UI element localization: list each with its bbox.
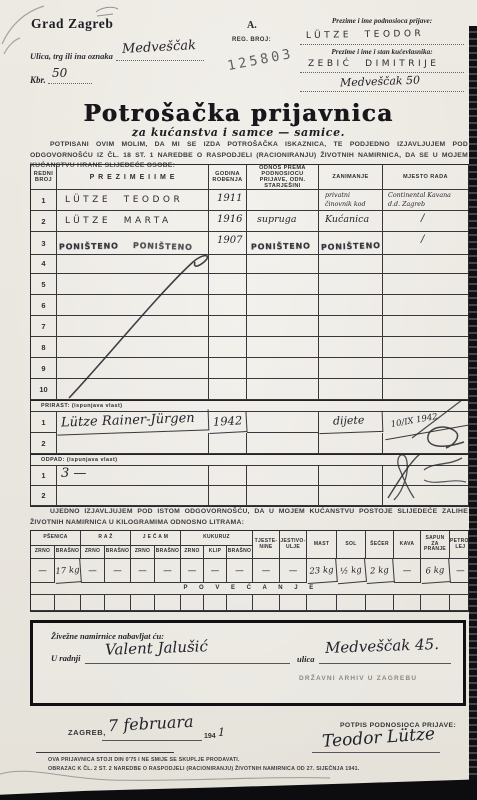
value-psenica-brasno: 17 kg	[54, 558, 82, 584]
row2-num: 2	[31, 211, 57, 232]
empty-cell	[319, 358, 383, 379]
applicant-label: Prezime i ime podnosioca prijave:	[300, 17, 464, 25]
group-raz: R A Ž	[81, 531, 131, 546]
col-header-godina: GODINA ROĐENJA	[209, 165, 247, 190]
prirast1-num: 1	[31, 412, 57, 433]
row1-occupation: privatni činovnik kod	[319, 190, 383, 211]
empty-cell	[319, 486, 383, 506]
empty-cell	[57, 337, 209, 358]
sub-klip: KLIP	[204, 546, 227, 559]
form-subtitle: za kućanstva i samce — samice.	[0, 126, 477, 139]
col-header-prezime-ime: P R E Z I M E I I M E	[57, 165, 209, 190]
odpad-row-2: 2	[31, 486, 468, 506]
member-row-9: 9	[31, 358, 468, 379]
street-value: Medveščak	[122, 38, 197, 57]
empty-cell	[155, 595, 181, 611]
supplies-grid: PŠENICA R A Ž J E Č A M KUKURUZ TJESTE- …	[31, 531, 468, 611]
value-raz-zrno: —	[81, 559, 105, 583]
reg-number-stamp: 125803	[226, 46, 295, 74]
value-kukuruz-klip: —	[204, 559, 227, 583]
sub-zrno: ZRNO	[181, 546, 204, 559]
group-psenica: PŠENICA	[31, 531, 81, 546]
empty-cell	[57, 486, 209, 506]
empty-cell	[383, 358, 468, 379]
value-kava: —	[394, 559, 421, 583]
row4-num: 4	[31, 253, 57, 274]
empty-cell	[105, 595, 131, 611]
empty-cell	[383, 433, 468, 454]
empty-cell	[383, 253, 468, 274]
reg-broj-label: REG. BROJ:	[232, 37, 271, 43]
owner-address-underline	[300, 91, 464, 92]
empty-cell	[247, 316, 319, 337]
scan-edge-bottom	[0, 776, 477, 800]
empty-cell	[247, 295, 319, 316]
date-underline	[102, 740, 202, 741]
row2-year: 1916	[209, 211, 247, 232]
empty-cell	[280, 595, 307, 611]
prirast-row-1: 1 Lütze Rainer-Jürgen 1942 dijete 10/IX …	[31, 412, 468, 433]
year-handwritten: 1	[218, 726, 225, 739]
col-header-mjesto-rada: MJESTO RADA	[383, 165, 468, 190]
value-raz-brasno: —	[105, 559, 131, 583]
owner-label: Prezime i ime i stan kućevlasnika:	[300, 48, 464, 56]
group-kukuruz: KUKURUZ	[181, 531, 253, 546]
regulation-note: OBRAZAC K ČL. 2 ST. 2 NAREDBE O RASPODJE…	[48, 766, 359, 772]
members-header-row: REDNI BROJ P R E Z I M E I I M E GODINA …	[31, 165, 468, 190]
row1-year: 1911	[209, 190, 247, 211]
owner-underline	[300, 72, 464, 73]
empty-cell	[383, 274, 468, 295]
empty-cell	[383, 486, 468, 506]
empty-cell	[209, 337, 247, 358]
empty-cell	[394, 595, 421, 611]
shop-value: Valent Jalušić	[105, 637, 208, 659]
city-name: Grad Zagreb	[31, 16, 113, 32]
signature-underline	[312, 752, 440, 753]
prirast1-name: Lütze Rainer-Jürgen	[57, 409, 210, 435]
empty-cell	[319, 316, 383, 337]
empty-cell	[209, 379, 247, 400]
col-header-zanimanje: ZANIMANJE	[319, 165, 383, 190]
section-a-label: A.	[247, 20, 257, 31]
row2-name: LÜTZE MARTA	[57, 211, 209, 232]
odpad1-num: 1	[31, 466, 57, 486]
empty-cell	[57, 253, 209, 274]
empty-cell	[57, 316, 209, 337]
scanned-form-page: Grad Zagreb Ulica, trg ili ina oznaka Me…	[0, 0, 477, 800]
empty-cell	[247, 412, 319, 433]
empty-cell	[319, 253, 383, 274]
member-row-2: 2 LÜTZE MARTA 1916 supruga Kućanica /	[31, 211, 468, 232]
col-kava: KAVA	[394, 531, 421, 559]
value-psenica-zrno: —	[31, 559, 55, 583]
col-header-redni-broj: REDNI BROJ	[31, 165, 57, 190]
kbr-underline	[48, 83, 92, 84]
value-tjestenine: —	[253, 559, 280, 583]
empty-cell	[383, 379, 468, 400]
empty-cell	[209, 295, 247, 316]
row8-num: 8	[31, 337, 57, 358]
povecanje-band: P O V E Ć A N J E	[31, 583, 472, 595]
prirast1-year: 1942	[208, 411, 247, 434]
col-sapun: SAPUN ZA PRANJE	[421, 531, 450, 559]
empty-cell	[366, 595, 394, 611]
row3-year: 1907	[209, 232, 247, 255]
empty-cell	[57, 433, 209, 454]
archive-stamp: DRŽAVNI ARHIV U ZAGREBU	[299, 675, 417, 682]
empty-cell	[31, 595, 55, 611]
shop-label: U radnji	[51, 653, 81, 663]
prirast2-num: 2	[31, 433, 57, 454]
member-row-7: 7	[31, 316, 468, 337]
empty-cell	[319, 274, 383, 295]
col-header-odnos: ODNOS PREMA PODNOSIOCU PRIJAVE, ODN. STA…	[247, 165, 319, 190]
row3-num: 3	[31, 232, 57, 255]
empty-cell	[383, 295, 468, 316]
shop-underline	[85, 663, 290, 664]
empty-cell	[247, 358, 319, 379]
place-label: ZAGREB,	[68, 728, 106, 737]
empty-cell	[57, 274, 209, 295]
row3-occupation-stamp: PONIŠTENO	[319, 232, 383, 255]
row1-relation	[247, 190, 319, 211]
col-secer: ŠEĆER	[366, 531, 394, 559]
ponisteno-stamp: PONIŠTENO	[59, 241, 119, 251]
purchase-declaration-box: Živežne namirnice nabavljat ću: U radnji…	[30, 620, 466, 706]
value-kukuruz-zrno: —	[181, 559, 204, 583]
empty-cell	[209, 433, 247, 454]
empty-cell	[55, 595, 81, 611]
applicant-value: LÜTZE TEODOR	[306, 29, 424, 41]
ponisteno-stamp: PONIŠTENO	[251, 241, 311, 251]
empty-cell	[209, 316, 247, 337]
empty-cell	[319, 379, 383, 400]
value-secer: 2 kg	[365, 558, 395, 584]
empty-cell	[247, 433, 319, 454]
empty-cell	[209, 486, 247, 506]
col-sol: SOL	[337, 531, 366, 559]
empty-cell	[247, 253, 319, 274]
ponisteno-stamp: PONIŠTENO	[133, 241, 193, 252]
value-jecam-brasno: —	[155, 559, 181, 583]
sub-zrno: ZRNO	[131, 546, 155, 559]
empty-cell	[247, 274, 319, 295]
empty-cell	[383, 337, 468, 358]
member-row-8: 8	[31, 337, 468, 358]
empty-cell	[247, 466, 319, 486]
street-label: Ulica, trg ili ina oznaka	[30, 51, 113, 61]
row1-num: 1	[31, 190, 57, 211]
value-sol: ½ kg	[336, 558, 367, 584]
member-row-10: 10	[31, 379, 468, 400]
empty-cell	[209, 358, 247, 379]
sub-brasno: BRAŠNO	[155, 546, 181, 559]
kbr-value: 50	[52, 66, 67, 80]
empty-cell	[247, 379, 319, 400]
member-row-5: 5	[31, 274, 468, 295]
food-supplies-table: PŠENICA R A Ž J E Č A M KUKURUZ TJESTE- …	[30, 530, 469, 612]
form-title: Potrošačka prijavnica	[0, 100, 477, 127]
empty-cell	[181, 595, 204, 611]
street-in-box-label: ulica	[297, 654, 314, 664]
household-members-table: REDNI BROJ P R E Z I M E I I M E GODINA …	[30, 164, 469, 507]
notes-top-rule	[36, 752, 174, 753]
date-value: 7 februara	[108, 712, 194, 735]
scan-edge-right	[469, 26, 477, 800]
empty-cell	[319, 433, 383, 454]
row9-num: 9	[31, 358, 57, 379]
empty-cell	[307, 595, 337, 611]
row3-name-stamps: PONIŠTENO PONIŠTENO	[57, 232, 209, 255]
value-jecam-zrno: —	[131, 559, 155, 583]
row7-num: 7	[31, 316, 57, 337]
empty-cell	[319, 466, 383, 486]
col-tjestenine: TJESTE- NINE	[253, 531, 280, 559]
value-ulje: —	[280, 559, 307, 583]
row6-num: 6	[31, 295, 57, 316]
supplies-declaration-text: UJEDNO IZJAVLJUJEM POD ISTOM ODGOVORNOŠĆ…	[30, 507, 468, 528]
value-mast: 23 kg	[306, 558, 338, 584]
odpad2-num: 2	[31, 486, 57, 506]
member-row-6: 6	[31, 295, 468, 316]
empty-cell	[209, 466, 247, 486]
empty-cell	[209, 274, 247, 295]
empty-cell	[57, 295, 209, 316]
value-kukuruz-brasno: —	[227, 559, 253, 583]
empty-cell	[131, 595, 155, 611]
row2-occupation: Kućanica	[319, 211, 383, 232]
empty-cell	[247, 486, 319, 506]
year-printed: 194	[204, 733, 216, 740]
empty-cell	[81, 595, 105, 611]
empty-cell	[421, 595, 450, 611]
sub-brasno: BRAŠNO	[105, 546, 131, 559]
col-jestivo-ulje: JESTIVO- ULJE	[280, 531, 307, 559]
sub-brasno: BRAŠNO	[55, 546, 81, 559]
empty-cell	[319, 295, 383, 316]
odpad-section-label: ODPAD: (ispunjava vlast)	[31, 454, 468, 466]
empty-cell	[319, 337, 383, 358]
row2-workplace: /	[383, 211, 468, 232]
owner-value: ZEBIĆ DIMITRIJE	[308, 59, 439, 69]
value-sapun: 6 kg	[420, 558, 451, 584]
street-in-box-underline	[319, 663, 451, 664]
row1-workplace: Continental Kavana d.d. Zagreb	[383, 190, 468, 211]
empty-cell	[383, 466, 468, 486]
empty-cell	[337, 595, 366, 611]
price-note: OVA PRIJAVNICA STOJI DIN 0'75 I NE SMIJE…	[48, 757, 240, 763]
odpad-row-1: 1 3 —	[31, 466, 468, 486]
member-row-3-cancelled: 3 PONIŠTENO PONIŠTENO 1907 PONIŠTENO PON…	[31, 232, 468, 253]
row1-name: LÜTZE TEODOR	[57, 190, 209, 211]
row3-workplace: /	[383, 232, 468, 255]
empty-cell	[57, 358, 209, 379]
street-underline	[116, 60, 204, 61]
sub-brasno: BRAŠNO	[227, 546, 253, 559]
applicant-signature: Teodor Lütze	[321, 724, 435, 752]
empty-cell	[227, 595, 253, 611]
empty-cell	[209, 253, 247, 274]
empty-cell	[247, 337, 319, 358]
row5-num: 5	[31, 274, 57, 295]
empty-cell	[57, 379, 209, 400]
street-in-box-value: Medveščak 45.	[325, 635, 440, 657]
prirast-row-2: 2	[31, 433, 468, 454]
sub-zrno: ZRNO	[31, 546, 55, 559]
empty-cell	[253, 595, 280, 611]
owner-address-value: Medveščak 50	[340, 74, 420, 90]
empty-cell	[204, 595, 227, 611]
prirast-section-label: PRIRAST: (ispunjava vlast)	[31, 400, 468, 412]
empty-cell	[383, 316, 468, 337]
group-jecam: J E Č A M	[131, 531, 181, 546]
prirast1-occupation: dijete	[319, 411, 384, 434]
col-mast: MAST	[307, 531, 337, 559]
member-row-4: 4	[31, 253, 468, 274]
applicant-underline	[300, 44, 464, 45]
row3-relation-stamp: PONIŠTENO	[247, 232, 319, 255]
sub-zrno: ZRNO	[81, 546, 105, 559]
ponisteno-stamp: PONIŠTENO	[321, 241, 381, 252]
row2-relation: supruga	[247, 211, 319, 232]
kbr-label: Kbr.	[30, 75, 46, 85]
row10-num: 10	[31, 379, 57, 400]
odpad1-entry: 3 —	[57, 466, 209, 486]
member-row-1: 1 LÜTZE TEODOR 1911 privatni činovnik ko…	[31, 190, 468, 211]
